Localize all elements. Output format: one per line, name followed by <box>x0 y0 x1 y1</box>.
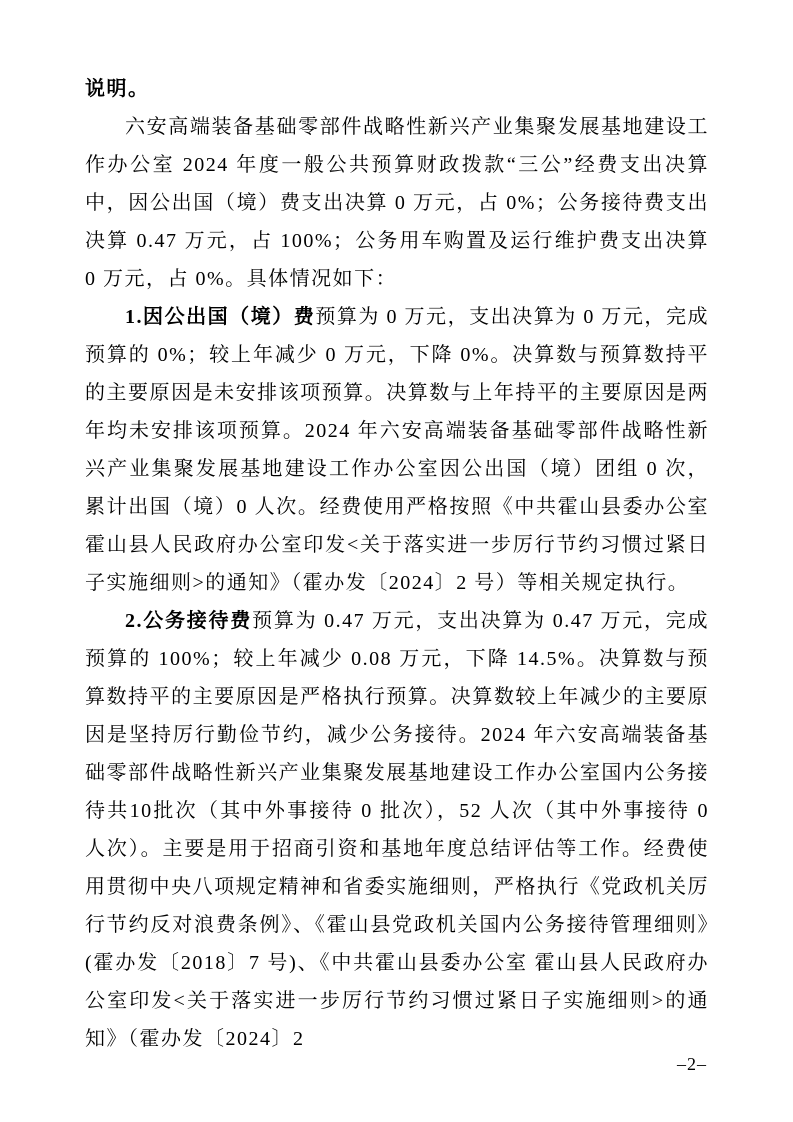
bold-text-run: 说明。 <box>85 78 150 100</box>
section-heading-tail: 说明。 <box>85 70 709 108</box>
bold-text-run: 2.公务接待费 <box>125 610 252 632</box>
text-run: 预算为 0 万元，支出决算为 0 万元，完成预算的 0%；较上年减少 0 万元，… <box>85 306 709 594</box>
text-run: 预算为 0.47 万元，支出决算为 0.47 万元，完成预算的 100%；较上年… <box>85 610 709 1050</box>
bold-text-run: 1.因公出国（境）费 <box>125 306 315 328</box>
intro-paragraph: 六安高端装备基础零部件战略性新兴产业集聚发展基地建设工作办公室 2024 年度一… <box>85 108 709 298</box>
item-2-paragraph: 2.公务接待费预算为 0.47 万元，支出决算为 0.47 万元，完成预算的 1… <box>85 602 709 1058</box>
page-number: –2– <box>677 1050 707 1078</box>
document-body: 说明。六安高端装备基础零部件战略性新兴产业集聚发展基地建设工作办公室 2024 … <box>85 70 709 1058</box>
text-run: 六安高端装备基础零部件战略性新兴产业集聚发展基地建设工作办公室 2024 年度一… <box>85 116 709 290</box>
document-page: 说明。六安高端装备基础零部件战略性新兴产业集聚发展基地建设工作办公室 2024 … <box>0 0 793 1122</box>
item-1-paragraph: 1.因公出国（境）费预算为 0 万元，支出决算为 0 万元，完成预算的 0%；较… <box>85 298 709 602</box>
